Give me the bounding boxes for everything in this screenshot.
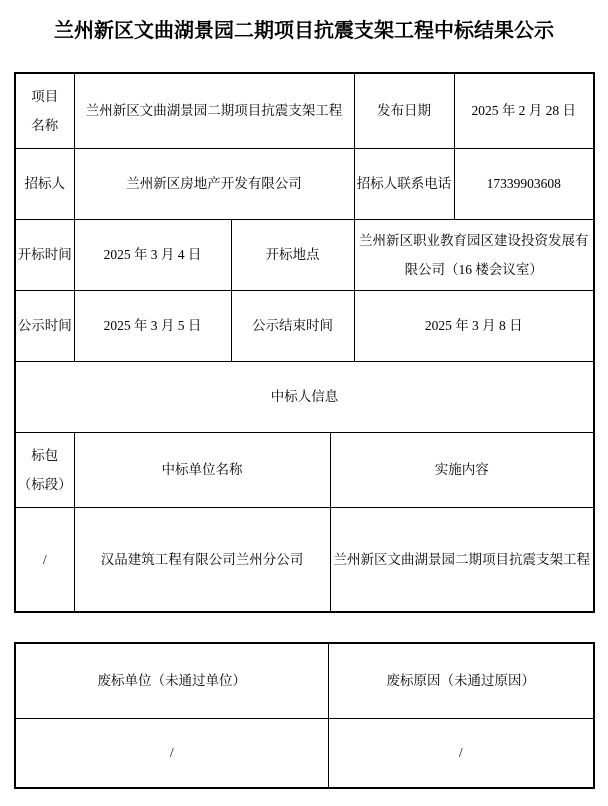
project-name-value: 兰州新区文曲湖景园二期项目抗震支架工程	[74, 73, 354, 148]
tenderer-value: 兰州新区房地产开发有限公司	[74, 148, 354, 219]
rejected-unit-header: 废标单位（未通过单位）	[15, 643, 328, 718]
rejected-unit-value: /	[15, 718, 328, 788]
winner-info-header: 中标人信息	[15, 361, 594, 432]
winner-name-value: 汉品建筑工程有限公司兰州分公司	[74, 507, 330, 612]
bid-opening-time-label: 开标时间	[15, 219, 74, 290]
publicity-end-time-value: 2025 年 3 月 8 日	[354, 290, 594, 361]
project-name-row: 项目 名称 兰州新区文曲湖景园二期项目抗震支架工程 发布日期 2025 年 2 …	[15, 73, 594, 148]
rejected-row: / /	[15, 718, 594, 788]
winner-info-section-row: 中标人信息	[15, 361, 594, 432]
rejected-reason-value: /	[328, 718, 594, 788]
winner-header-row: 标包 （标段） 中标单位名称 实施内容	[15, 432, 594, 507]
package-value: /	[15, 507, 74, 612]
implementation-content-value: 兰州新区文曲湖景园二期项目抗震支架工程	[330, 507, 594, 612]
bid-result-table: 项目 名称 兰州新区文曲湖景园二期项目抗震支架工程 发布日期 2025 年 2 …	[14, 72, 595, 613]
rejected-header-row: 废标单位（未通过单位） 废标原因（未通过原因）	[15, 643, 594, 718]
publicity-time-value: 2025 年 3 月 5 日	[74, 290, 231, 361]
publish-date-label: 发布日期	[354, 73, 454, 148]
bid-opening-row: 开标时间 2025 年 3 月 4 日 开标地点 兰州新区职业教育园区建设投资发…	[15, 219, 594, 290]
publicity-end-time-label: 公示结束时间	[231, 290, 354, 361]
bid-opening-time-value: 2025 年 3 月 4 日	[74, 219, 231, 290]
bid-opening-place-value: 兰州新区职业教育园区建设投资发展有限公司（16 楼会议室）	[354, 219, 594, 290]
publicity-time-label: 公示时间	[15, 290, 74, 361]
project-name-label: 项目 名称	[15, 73, 74, 148]
bid-opening-place-label: 开标地点	[231, 219, 354, 290]
package-header: 标包 （标段）	[15, 432, 74, 507]
tenderer-row: 招标人 兰州新区房地产开发有限公司 招标人联系电话 17339903608	[15, 148, 594, 219]
publish-date-value: 2025 年 2 月 28 日	[454, 73, 594, 148]
rejected-bid-table: 废标单位（未通过单位） 废标原因（未通过原因） / /	[14, 642, 595, 789]
publicity-row: 公示时间 2025 年 3 月 5 日 公示结束时间 2025 年 3 月 8 …	[15, 290, 594, 361]
tenderer-phone-label: 招标人联系电话	[354, 148, 454, 219]
winner-name-header: 中标单位名称	[74, 432, 330, 507]
implementation-content-header: 实施内容	[330, 432, 594, 507]
rejected-reason-header: 废标原因（未通过原因）	[328, 643, 594, 718]
tenderer-label: 招标人	[15, 148, 74, 219]
page-title: 兰州新区文曲湖景园二期项目抗震支架工程中标结果公示	[0, 18, 608, 44]
winner-row: / 汉品建筑工程有限公司兰州分公司 兰州新区文曲湖景园二期项目抗震支架工程	[15, 507, 594, 612]
tenderer-phone-value: 17339903608	[454, 148, 594, 219]
